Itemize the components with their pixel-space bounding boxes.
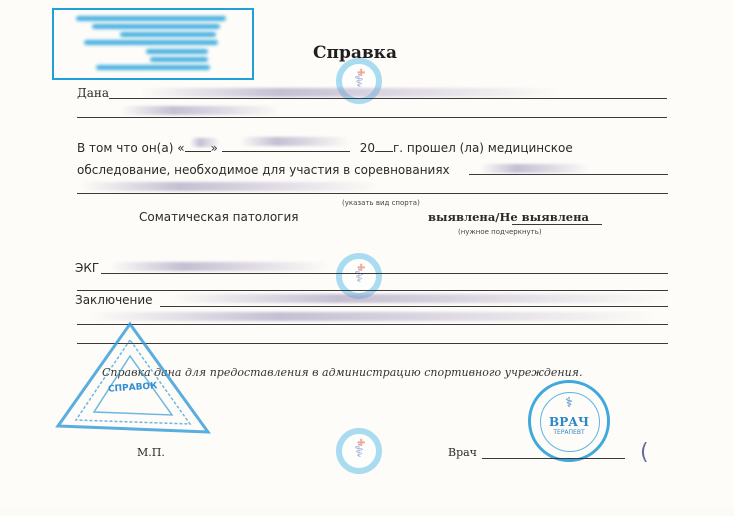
ecg-line-2 bbox=[77, 290, 668, 291]
exam-date-prefix: В том что он(а) « bbox=[77, 141, 185, 155]
stamp-place-label: М.П. bbox=[137, 446, 165, 460]
triangle-stamp-icon bbox=[50, 318, 215, 438]
somatic-underline bbox=[512, 224, 602, 225]
sport-line bbox=[77, 193, 668, 194]
handwritten-sport bbox=[80, 182, 380, 191]
somatic-label: Соматическая патология bbox=[139, 210, 299, 224]
ecg-line bbox=[101, 273, 668, 274]
handwritten-name-2 bbox=[120, 106, 280, 115]
somatic-options: выявлена/Не выявлена bbox=[428, 210, 589, 224]
exam-passed-text: г. прошел (ла) медицинское bbox=[393, 141, 573, 155]
conclusion-line bbox=[160, 306, 668, 307]
issued-to-line bbox=[109, 98, 667, 99]
issued-to-label: Дана bbox=[77, 86, 109, 100]
sport-hint: (указать вид спорта) bbox=[342, 199, 420, 207]
round-stamp-title: ВРАЧ bbox=[531, 415, 607, 429]
handwritten-name bbox=[140, 88, 560, 97]
caduceus-icon: ⚕ bbox=[531, 395, 607, 411]
round-stamp-subtitle: ТЕРАПЕВТ bbox=[531, 429, 607, 436]
handwritten-conclusion bbox=[170, 294, 670, 303]
handwritten-day bbox=[190, 138, 220, 147]
competition-line bbox=[469, 174, 668, 175]
competition-text: обследование, необходимое для участия в … bbox=[77, 163, 450, 177]
somatic-hint: (нужное подчеркнуть) bbox=[458, 228, 542, 236]
issued-to-line-2 bbox=[77, 117, 667, 118]
handwritten-month bbox=[240, 137, 350, 146]
caduceus-logo-icon: ✚⚕ bbox=[336, 428, 382, 474]
conclusion-label: Заключение bbox=[75, 293, 153, 307]
clinic-header-stamp bbox=[52, 8, 254, 80]
handwritten-competition bbox=[480, 164, 590, 173]
doctor-signature-line bbox=[482, 458, 625, 459]
doctor-round-stamp: ⚕ ВРАЧ ТЕРАПЕВТ bbox=[528, 380, 610, 462]
signature-mark: ( bbox=[640, 440, 649, 465]
doctor-label: Врач bbox=[448, 446, 477, 460]
ecg-label: ЭКГ bbox=[75, 261, 99, 275]
year-prefix: 20 bbox=[360, 141, 375, 155]
caduceus-logo-icon: ✚⚕ bbox=[336, 253, 382, 299]
handwritten-ecg bbox=[110, 262, 330, 271]
